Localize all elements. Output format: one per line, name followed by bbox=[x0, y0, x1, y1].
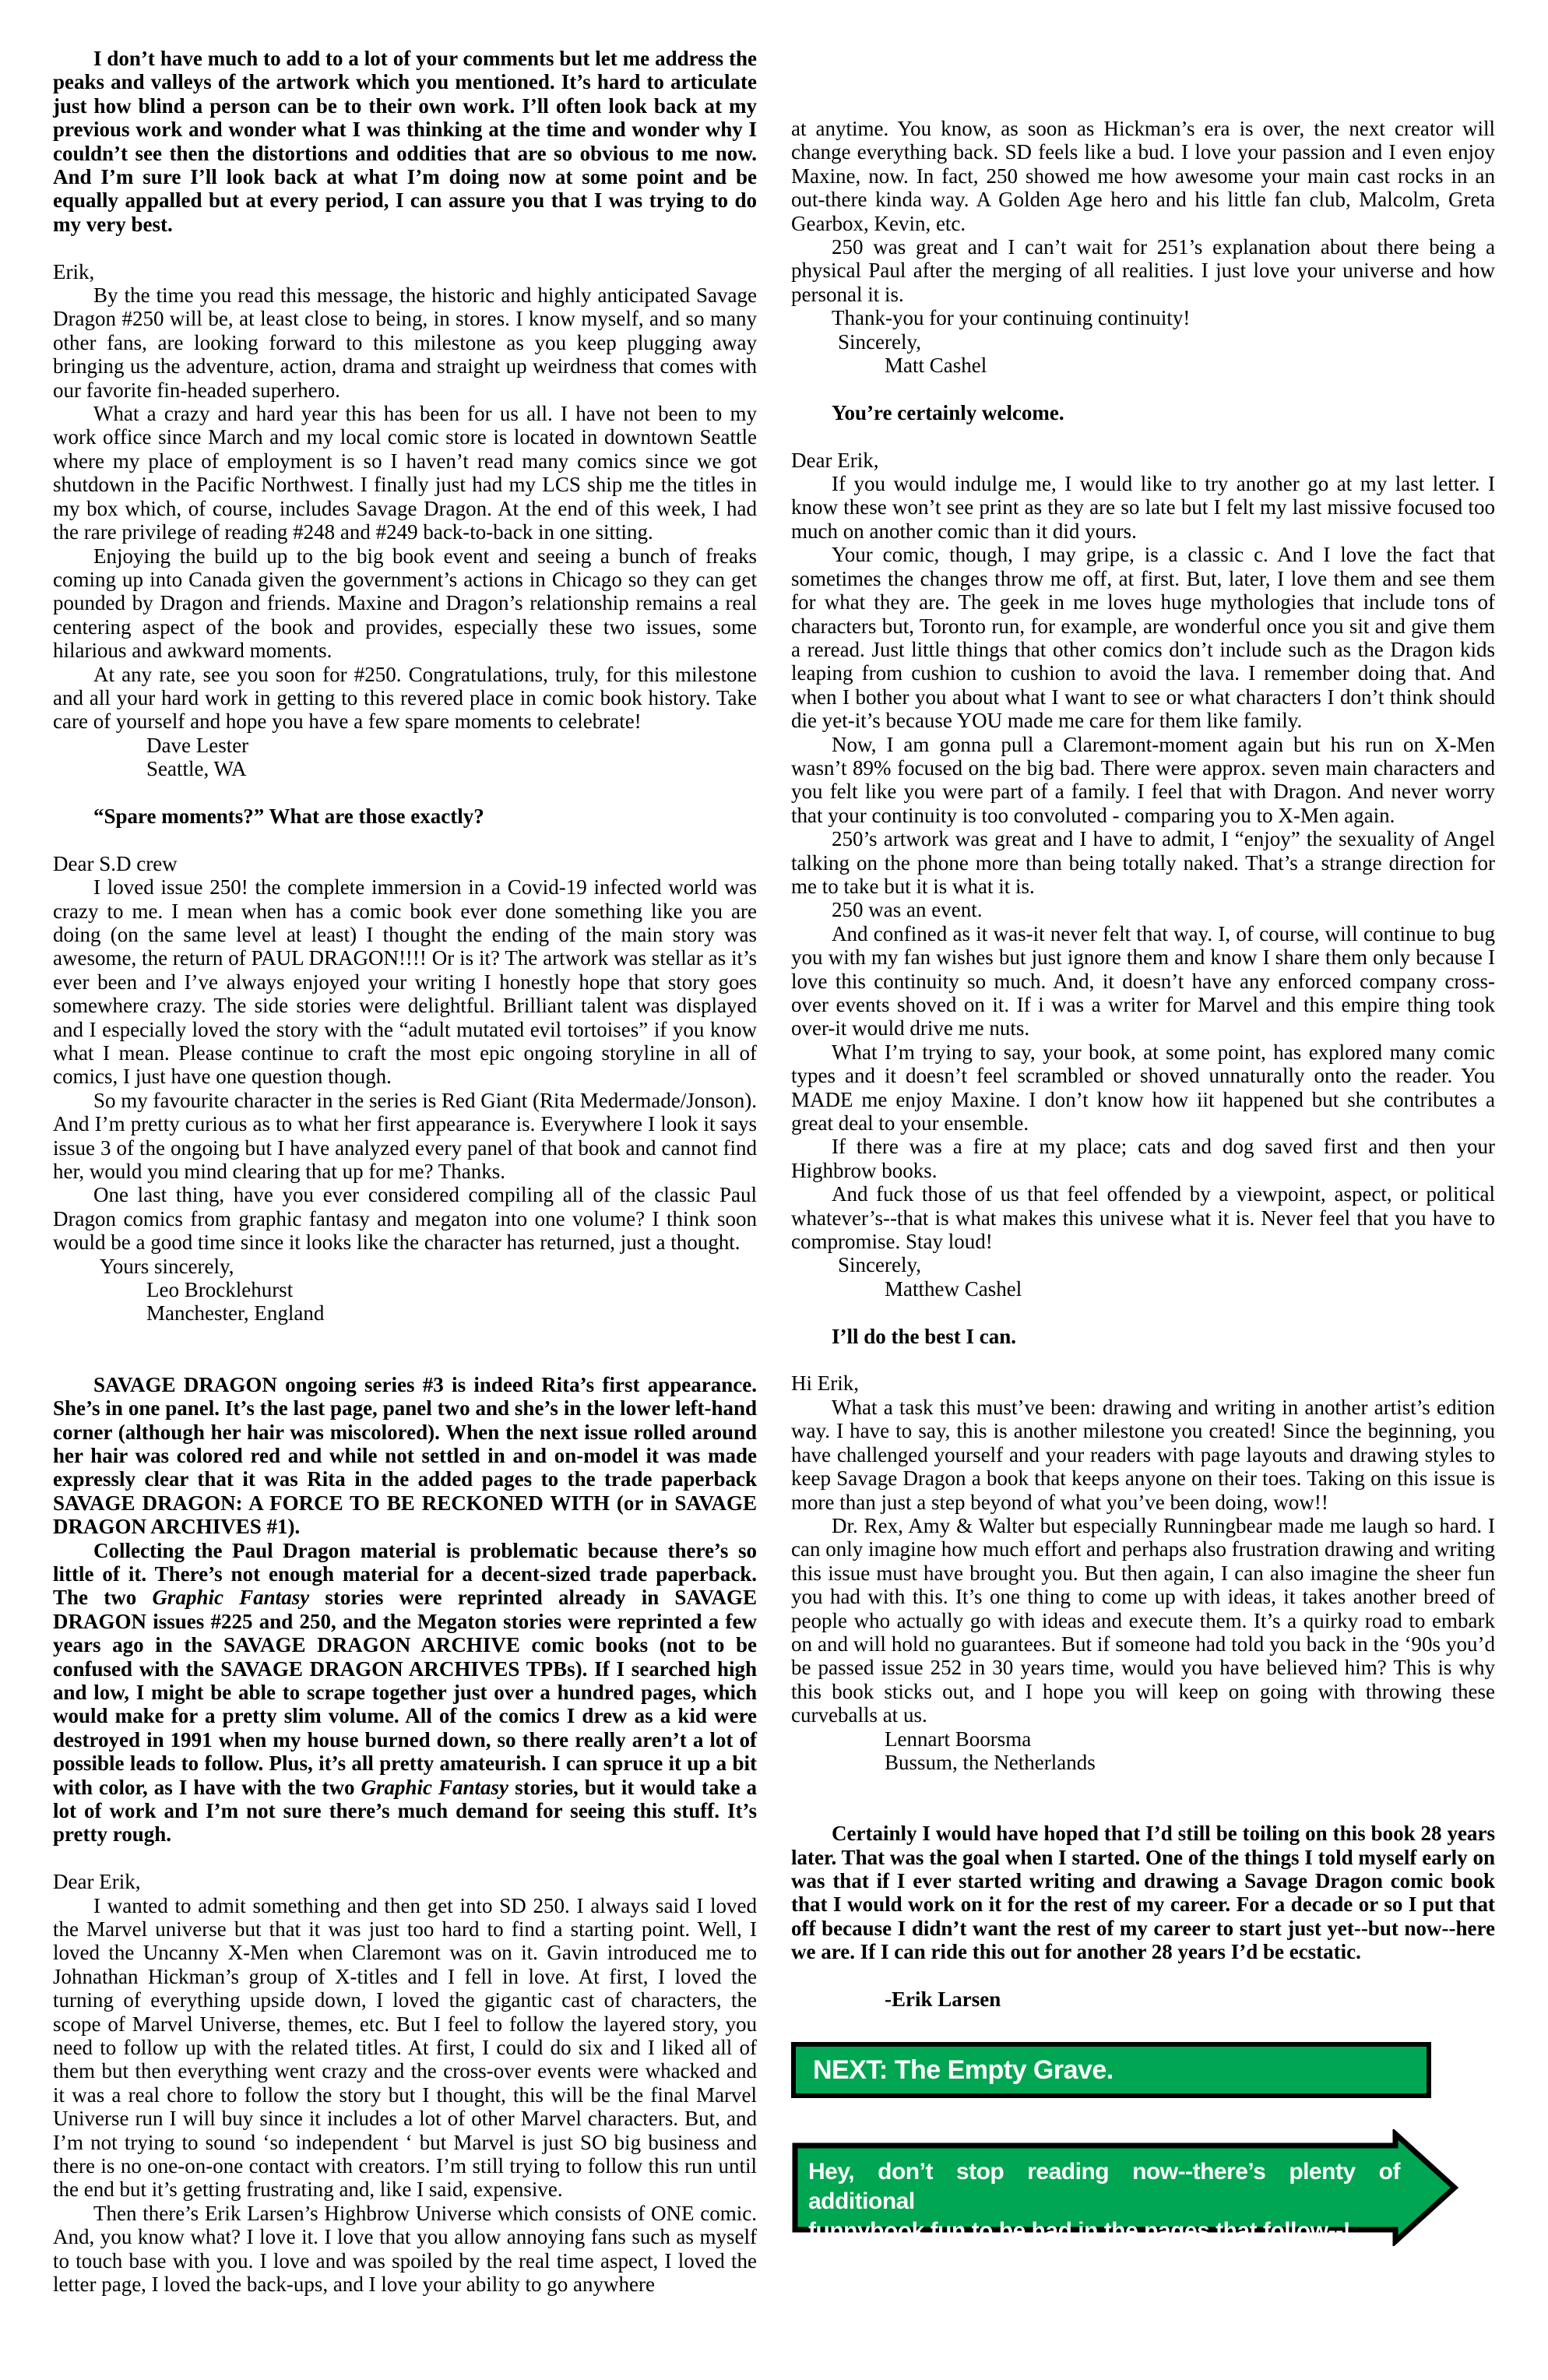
letter-paragraph: Your comic, though, I may gripe, is a cl… bbox=[791, 543, 1495, 732]
editor-reply: I’ll do the best I can. bbox=[791, 1325, 1495, 1348]
letter-signature: Sincerely, bbox=[791, 1253, 1495, 1276]
letter-paragraph: What a crazy and hard year this has been… bbox=[53, 402, 757, 544]
letter-paragraph: I loved issue 250! the complete immersio… bbox=[53, 875, 757, 1089]
editor-reply: I don’t have much to add to a lot of you… bbox=[53, 47, 757, 236]
letter-signature: Leo Brocklehurst bbox=[53, 1278, 757, 1301]
letter-paragraph: Dr. Rex, Amy & Walter but especially Run… bbox=[791, 1514, 1495, 1727]
letter-signature: Yours sincerely, bbox=[53, 1255, 757, 1278]
letter-paragraph: One last thing, have you ever considered… bbox=[53, 1183, 757, 1254]
letter-paragraph: at anytime. You know, as soon as Hickman… bbox=[791, 117, 1495, 235]
letter-paragraph: Then there’s Erik Larsen’s Highbrow Univ… bbox=[53, 2202, 757, 2297]
letter-paragraph: If there was a fire at my place; cats an… bbox=[791, 1135, 1495, 1182]
letter-greeting: Dear Erik, bbox=[791, 449, 1495, 472]
letter-signature: Matt Cashel bbox=[791, 354, 1495, 377]
editor-reply: Certainly I would have hoped that I’d st… bbox=[791, 1822, 1495, 1963]
next-issue-banner: NEXT: The Empty Grave. bbox=[791, 2042, 1431, 2098]
letter-signature: Dave Lester bbox=[53, 734, 757, 757]
letter-paragraph: I wanted to admit something and then get… bbox=[53, 1894, 757, 2202]
letter-paragraph: What a task this must’ve been: drawing a… bbox=[791, 1396, 1495, 1514]
editor-reply: You’re certainly welcome. bbox=[791, 401, 1495, 424]
arrow-banner-text: Hey, don’t stop reading now--there’s ple… bbox=[808, 2157, 1400, 2246]
letter-paragraph: Enjoying the build up to the big book ev… bbox=[53, 544, 757, 663]
letters-column-left: I don’t have much to add to a lot of you… bbox=[53, 47, 757, 2297]
letter-signature: Lennart Boorsma bbox=[791, 1727, 1495, 1751]
letter-paragraph: 250 was great and I can’t wait for 251’s… bbox=[791, 235, 1495, 306]
letter-paragraph: What I’m trying to say, your book, at so… bbox=[791, 1040, 1495, 1135]
letter-paragraph: So my favourite character in the series … bbox=[53, 1089, 757, 1184]
letter-paragraph: At any rate, see you soon for #250. Cong… bbox=[53, 663, 757, 734]
continue-reading-arrow: Hey, don’t stop reading now--there’s ple… bbox=[791, 2129, 1461, 2246]
letter-signature: Manchester, England bbox=[53, 1301, 757, 1325]
letter-signature: Matthew Cashel bbox=[791, 1277, 1495, 1301]
arrow-banner-line2: funnybook fun to be had in the pages tha… bbox=[808, 2216, 1400, 2246]
letter-greeting: Erik, bbox=[53, 260, 757, 283]
letter-paragraph: 250’s artwork was great and I have to ad… bbox=[791, 827, 1495, 898]
editor-reply: Collecting the Paul Dragon material is p… bbox=[53, 1539, 757, 1847]
editor-signature: -Erik Larsen bbox=[791, 1987, 1495, 2011]
letter-signature: Bussum, the Netherlands bbox=[791, 1751, 1495, 1774]
letters-flow-right: at anytime. You know, as soon as Hickman… bbox=[791, 117, 1495, 2011]
letter-paragraph: 250 was an event. bbox=[791, 898, 1495, 921]
letter-paragraph: If you would indulge me, I would like to… bbox=[791, 472, 1495, 543]
next-issue-text: NEXT: The Empty Grave. bbox=[796, 2058, 1114, 2082]
letter-greeting: Dear S.D crew bbox=[53, 852, 757, 875]
letter-paragraph: By the time you read this message, the h… bbox=[53, 283, 757, 402]
letters-column-right: at anytime. You know, as soon as Hickman… bbox=[791, 117, 1495, 2246]
letters-page: { "page": { "background": "#ffffff", "te… bbox=[0, 0, 1548, 2380]
letter-paragraph: And fuck those of us that feel offended … bbox=[791, 1182, 1495, 1253]
letter-paragraph: Now, I am gonna pull a Claremont-moment … bbox=[791, 733, 1495, 828]
letter-greeting: Dear Erik, bbox=[53, 1870, 757, 1893]
letter-paragraph: Thank-you for your continuing continuity… bbox=[791, 306, 1495, 329]
editor-reply: SAVAGE DRAGON ongoing series #3 is indee… bbox=[53, 1373, 757, 1539]
letters-flow-left: I don’t have much to add to a lot of you… bbox=[53, 47, 757, 2297]
letter-signature: Seattle, WA bbox=[53, 757, 757, 780]
letter-paragraph: And confined as it was-it never felt tha… bbox=[791, 922, 1495, 1040]
letter-greeting: Hi Erik, bbox=[791, 1371, 1495, 1395]
letter-signature: Sincerely, bbox=[791, 330, 1495, 354]
arrow-banner-line1: Hey, don’t stop reading now--there’s ple… bbox=[808, 2157, 1400, 2216]
editor-reply: “Spare moments?” What are those exactly? bbox=[53, 804, 757, 828]
